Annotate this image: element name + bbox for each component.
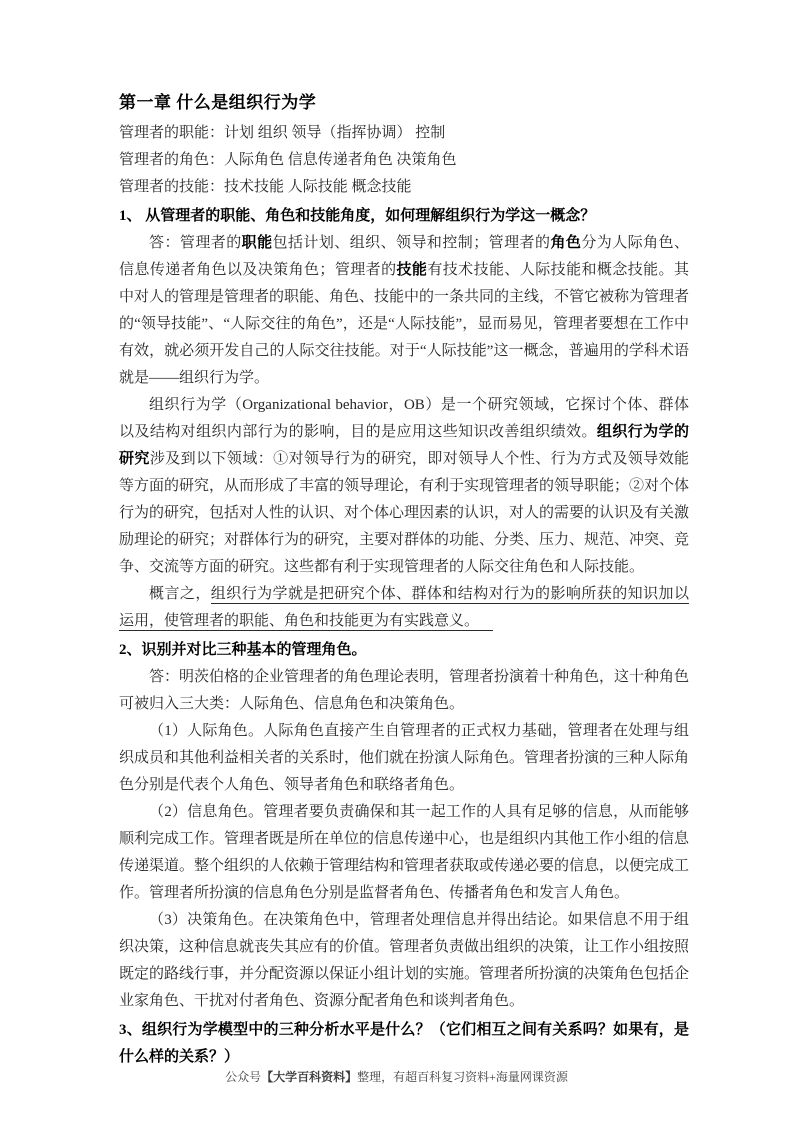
answer-paragraph: （2）信息角色。管理者要负责确保和其一起工作的人具有足够的信息，从而能够顺利完成… xyxy=(119,799,689,907)
answer-paragraph: 概言之，组织行为学就是把研究个体、群体和结构对行为的影响所获的知识加以运用，使管… xyxy=(119,581,689,635)
answer-paragraph: 答：管理者的职能包括计划、组织、领导和控制；管理者的角色分为人际角色、信息传递者… xyxy=(119,230,689,392)
text-segment: 角色 xyxy=(550,235,581,251)
text-segment: （2）信息角色。管理者要负责确保和其一起工作的人具有足够的信息，从而能够顺利完成… xyxy=(119,804,689,901)
text-segment: 技能 xyxy=(396,262,427,278)
question-heading: 1、 从管理者的职能、角色和技能角度，如何理解组织行为学这一概念？ xyxy=(119,203,689,230)
text-segment: （1）人际角色。人际角色直接产生自管理者的正式权力基础，管理者在处理与组织成员和… xyxy=(119,723,689,793)
question-heading: 3、组织行为学模型中的三种分析水平是什么？（它们相互之间有关系吗？如果有，是什么… xyxy=(119,1017,689,1071)
text-segment: 1、 从管理者的职能、角色和技能角度，如何理解组织行为学这一概念？ xyxy=(119,208,595,224)
answer-paragraph: （1）人际角色。人际角色直接产生自管理者的正式权力基础，管理者在处理与组织成员和… xyxy=(119,718,689,799)
text-segment: （3）决策角色。在决策角色中，管理者处理信息并得出结论。如果信息不用于组织决策，… xyxy=(119,912,689,1009)
intro-line: 管理者的技能：技术技能 人际技能 概念技能 xyxy=(119,174,689,201)
text-segment: 整理，有超百科复习资料+海量网课资源 xyxy=(357,1070,568,1084)
text-segment: 涉及到以下领域：①对领导行为的研究，即对领导人个性、行为方式及领导效能等方面的研… xyxy=(119,451,689,575)
question-heading: 2、识别并对比三种基本的管理角色。 xyxy=(119,637,689,664)
text-segment: 答：明茨伯格的企业管理者的角色理论表明，管理者扮演着十种角色，这十种角色可被归入… xyxy=(119,669,689,712)
intro-line: 管理者的职能：计划 组织 领导（指挥协调） 控制 xyxy=(119,120,689,147)
answer-paragraph: （3）决策角色。在决策角色中，管理者处理信息并得出结论。如果信息不用于组织决策，… xyxy=(119,907,689,1015)
intro-lines: 管理者的职能：计划 组织 领导（指挥协调） 控制管理者的角色：人际角色 信息传递… xyxy=(119,120,689,201)
text-segment: 答：管理者的 xyxy=(149,235,242,251)
text-segment: 3、组织行为学模型中的三种分析水平是什么？（它们相互之间有关系吗？如果有，是什么… xyxy=(119,1022,689,1065)
intro-line: 管理者的角色：人际角色 信息传递者角色 决策角色 xyxy=(119,147,689,174)
answer-paragraph: 组织行为学（Organizational behavior，OB）是一个研究领域… xyxy=(119,392,689,581)
text-segment: 包括计划、组织、领导和控制；管理者的 xyxy=(273,235,551,251)
page-footer: 公众号【大学百科资料】整理，有超百科复习资料+海量网课资源 xyxy=(0,1068,793,1086)
text-segment: 有技术技能、人际技能和概念技能。其中对人的管理是管理者的职能、角色、技能中的一条… xyxy=(119,262,689,386)
answer-paragraph: 答：明茨伯格的企业管理者的角色理论表明，管理者扮演着十种角色，这十种角色可被归入… xyxy=(119,664,689,718)
document-blocks: 1、 从管理者的职能、角色和技能角度，如何理解组织行为学这一概念？答：管理者的职… xyxy=(119,203,689,1071)
text-segment: 职能 xyxy=(242,235,273,251)
text-segment: 公众号 xyxy=(225,1070,261,1084)
text-segment: 【大学百科资料】 xyxy=(261,1070,357,1084)
text-segment: 2、识别并对比三种基本的管理角色。 xyxy=(119,642,367,658)
document-page: 第一章 什么是组织行为学 管理者的职能：计划 组织 领导（指挥协调） 控制管理者… xyxy=(0,0,793,1122)
text-segment: 概言之， xyxy=(149,586,211,602)
chapter-title: 第一章 什么是组织行为学 xyxy=(119,88,689,118)
